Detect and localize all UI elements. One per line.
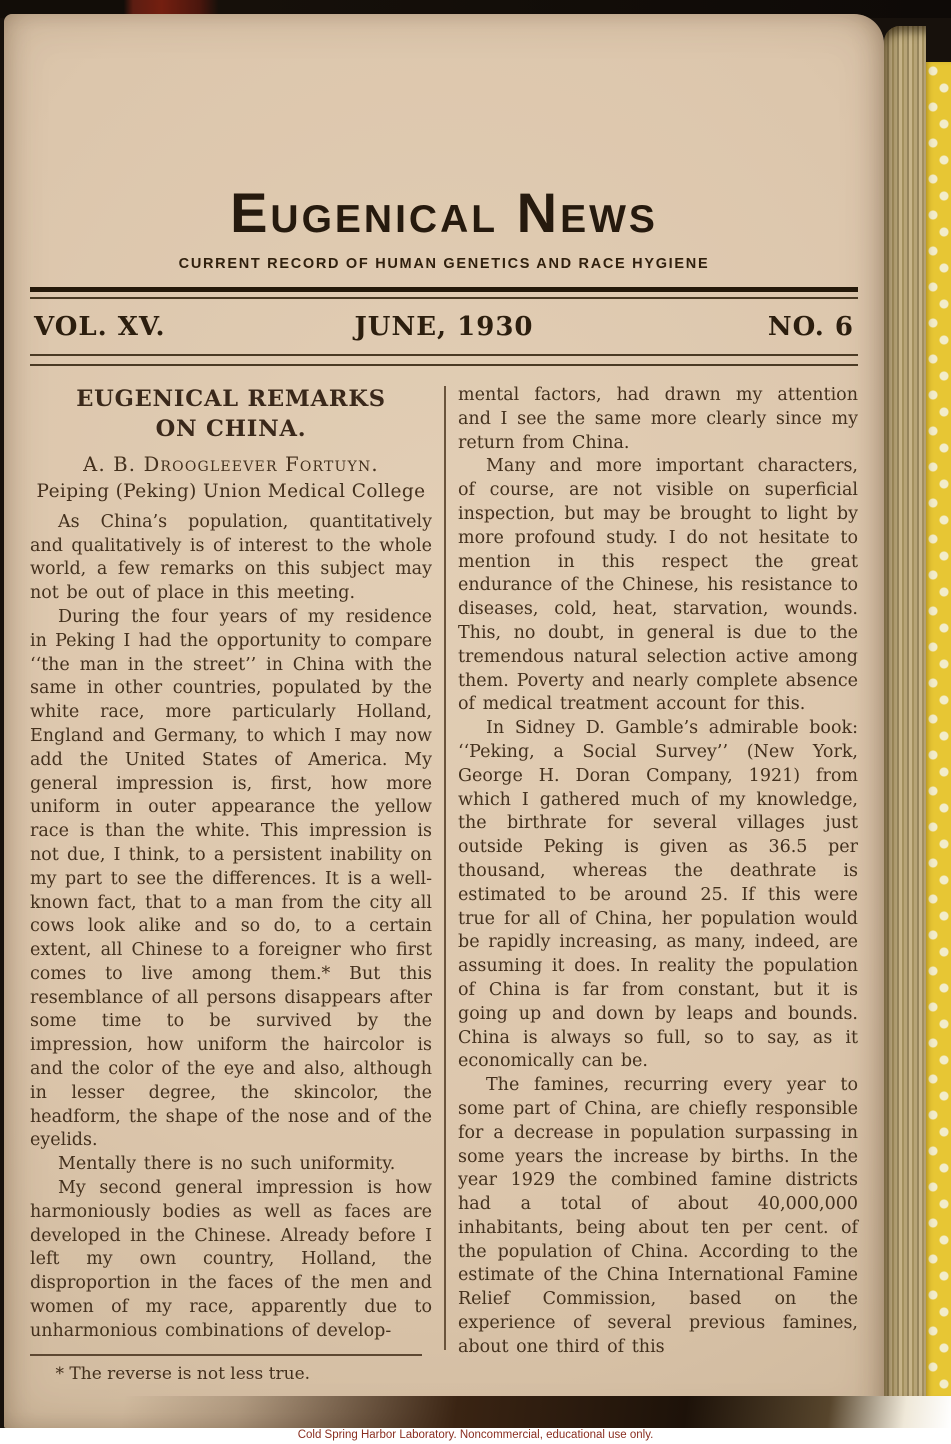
paragraph: The famines, recurring every year to som… [458, 1074, 858, 1360]
paragraph: Many and more important characters, of c… [458, 455, 858, 717]
volume-label: VOL. XV. [34, 312, 254, 342]
article-author: A. B. Droogleever Fortuyn. [30, 453, 432, 476]
masthead: Eugenical News CURRENT RECORD OF HUMAN G… [4, 14, 884, 366]
paragraph: Mentally there is no such uniformity. [30, 1153, 432, 1177]
paragraph: mental factors, had drawn my attention a… [458, 384, 858, 455]
right-column-text: mental factors, had drawn my attention a… [458, 384, 858, 1360]
footnote: * The reverse is not less true. [30, 1354, 422, 1384]
issue-rule-upper [30, 354, 858, 356]
journal-page: Eugenical News CURRENT RECORD OF HUMAN G… [4, 14, 884, 1428]
paragraph: As China’s population, quantitatively an… [30, 511, 432, 606]
paragraph: During the four years of my residence in… [30, 606, 432, 1153]
footnote-text: * The reverse is not less true. [30, 1364, 422, 1384]
paragraph: In Sidney D. Gamble’s admirable book: ‘‘… [458, 717, 858, 1074]
issue-info-row: VOL. XV. JUNE, 1930 NO. 6 [4, 312, 884, 342]
article-affiliation: Peiping (Peking) Union Medical College [30, 481, 432, 502]
article-title: EUGENICAL REMARKS ON CHINA. [66, 384, 396, 445]
masthead-rule-thick [30, 287, 858, 292]
masthead-rule-thin [30, 297, 858, 299]
credit-text: Cold Spring Harbor Laboratory. Noncommer… [298, 1429, 654, 1441]
book-bottom-shadow [0, 1396, 951, 1428]
left-column: EUGENICAL REMARKS ON CHINA. A. B. Droogl… [30, 382, 432, 1384]
journal-title: Eugenical News [4, 180, 884, 245]
credit-footer: Cold Spring Harbor Laboratory. Noncommer… [0, 1428, 951, 1444]
book-page-edges [884, 26, 926, 1400]
issue-date: JUNE, 1930 [254, 312, 634, 342]
article-body: EUGENICAL REMARKS ON CHINA. A. B. Droogl… [4, 366, 884, 1384]
book-cover-edge [926, 62, 951, 1398]
paragraph: My second general impression is how harm… [30, 1177, 432, 1344]
journal-subtitle: CURRENT RECORD OF HUMAN GENETICS AND RAC… [4, 256, 884, 272]
column-divider [444, 386, 446, 1350]
issue-number: NO. 6 [634, 312, 854, 342]
left-column-text: As China’s population, quantitatively an… [30, 511, 432, 1344]
right-column: mental factors, had drawn my attention a… [458, 382, 858, 1384]
